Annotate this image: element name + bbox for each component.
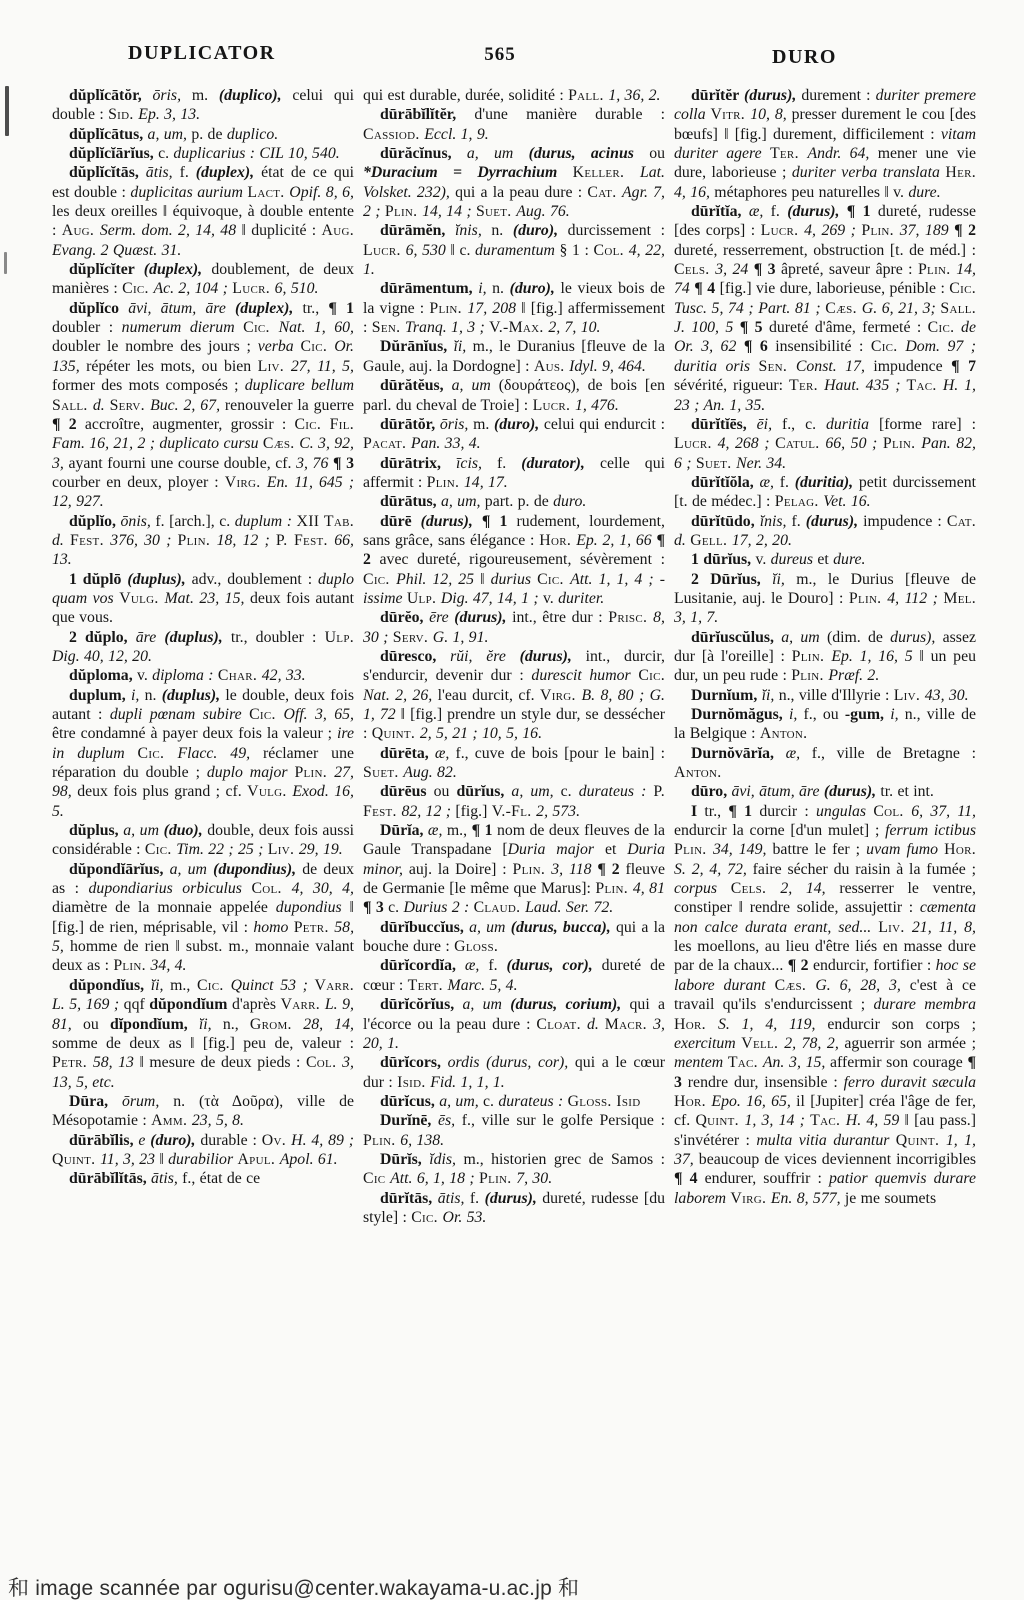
dictionary-entry: dŭplĭcātŏr, ōris, m. (duplico), celui qu… — [52, 86, 354, 125]
dictionary-entry: dŭplĭcĭtās, ātis, f. (duplex), état de c… — [52, 163, 354, 260]
dictionary-entry: dūrēus ou dūrĭus, a, um, c. durateus : P… — [363, 782, 665, 821]
dictionary-entry: dūrĭcors, ordis (durus, cor), qui a le c… — [363, 1053, 665, 1092]
dictionary-entry: dūrāmentum, i, n. (duro), le vieux bois … — [363, 279, 665, 337]
dictionary-entry: Durĭnē, ēs, f., ville sur le golfe Persi… — [363, 1111, 665, 1150]
dictionary-entry: 1 dŭplō (duplus), adv., doublement : dup… — [52, 570, 354, 628]
dictionary-entry: dūrĭtĭēs, ēi, f., c. duritia [forme rare… — [674, 415, 976, 473]
dictionary-entry: dūrătĕus, a, um (δουράτεος), de bois [en… — [363, 376, 665, 415]
dictionary-entry: dūrĭtĭŏla, æ, f. (duritia), petit durcis… — [674, 473, 976, 512]
dictionary-entry: dūrĭtĭa, æ, f. (durus), ¶ 1 dureté, rude… — [674, 202, 976, 415]
dictionary-entry: dūrē (durus), ¶ 1 rudement, lourdement, … — [363, 512, 665, 609]
dictionary-entry: dūrābĭlis, e (duro), durable : Ov. H. 4,… — [52, 1131, 354, 1170]
dictionary-entry: dūrĭcordĭa, æ, f. (durus, cor), dureté d… — [363, 956, 665, 995]
dictionary-entry: dūrĭbuccĭus, a, um (durus, bucca), qui a… — [363, 918, 665, 957]
column-3: dūrĭtĕr (durus), durement : duriter prem… — [674, 86, 976, 1538]
dictionary-entry: dūrĭtās, ātis, f. (durus), dureté, rudes… — [363, 1189, 665, 1228]
dictionary-entry: dūresco, rŭi, ĕre (durus), int., durcir,… — [363, 647, 665, 744]
dictionary-page: DUPLICATOR 565 DURO dŭplĭcātŏr, ōris, m.… — [0, 0, 1024, 1600]
dictionary-entry: dŭplĭcātus, a, um, p. de duplico. — [52, 125, 354, 144]
dictionary-entry: Dŭrānĭus, ĭi, m., le Duranius [fleuve de… — [363, 337, 665, 376]
dictionary-entry: 1 dūrĭus, v. dureus et dure. — [674, 550, 976, 569]
dictionary-entry: dūrātrix, īcis, f. (durator), celle qui … — [363, 454, 665, 493]
dictionary-entry: 2 dŭplo, āre (duplus), tr., doubler : Ul… — [52, 628, 354, 667]
dictionary-entry: dūrĭtūdo, ĭnis, f. (durus), impudence : … — [674, 512, 976, 551]
dictionary-entry: dūrĕo, ēre (durus), int., être dur : Pri… — [363, 608, 665, 647]
dictionary-entry: 2 Dūrĭus, ĭi, m., le Durius [fleuve de L… — [674, 570, 976, 628]
running-head-right: DURO — [772, 46, 837, 69]
running-head-left: DUPLICATOR — [128, 42, 276, 65]
dictionary-entry: dūrĭcus, a, um, c. durateus : Gloss. Isi… — [363, 1092, 665, 1111]
dictionary-entry: duplum, i, n. (duplus), le double, deux … — [52, 686, 354, 821]
dictionary-entry: dŭplĭcĭter (duplex), doublement, de deux… — [52, 260, 354, 299]
text-columns: dŭplĭcātŏr, ōris, m. (duplico), celui qu… — [52, 86, 976, 1538]
scan-credit: 和 image scannée par ogurisu@center.wakay… — [8, 1572, 579, 1600]
dictionary-entry: dūrĭcŏrĭus, a, um (durus, corium), qui a… — [363, 995, 665, 1053]
dictionary-entry: dūrātŏr, ōris, m. (duro), celui qui endu… — [363, 415, 665, 454]
dictionary-entry: dŭplĭo, ōnis, f. [arch.], c. duplum : XI… — [52, 512, 354, 570]
dictionary-entry: dŭplus, a, um (duo), double, deux fois a… — [52, 821, 354, 860]
dictionary-entry: dūro, āvi, ātum, āre (durus), tr. et int… — [674, 782, 976, 801]
dictionary-entry: dūrābĭlĭtĕr, d'une manière durable : Cas… — [363, 105, 665, 144]
scan-artifact — [4, 252, 7, 274]
dictionary-entry: dūrātus, a, um, part. p. de duro. — [363, 492, 665, 511]
dictionary-entry: qui est durable, durée, solidité : Pall.… — [363, 86, 665, 105]
dictionary-entry: Dūrĭs, ĭdis, m., historien grec de Samos… — [363, 1150, 665, 1189]
dictionary-entry: dŭpondĭus, ĭi, m., Cic. Quinct 53 ; Varr… — [52, 976, 354, 1092]
dictionary-entry: dūrābĭlĭtās, ātis, f., état de ce — [52, 1169, 354, 1188]
dictionary-entry: dūrĭtĕr (durus), durement : duriter prem… — [674, 86, 976, 202]
dictionary-entry: dŭplĭco āvi, ātum, āre (duplex), tr., ¶ … — [52, 299, 354, 512]
dictionary-entry: Durnŏvārĭa, æ, f., ville de Bretagne : A… — [674, 744, 976, 783]
dictionary-entry: Dūra, ōrum, n. (τὰ Δοῦρα), ville de Méso… — [52, 1092, 354, 1131]
dictionary-entry: Dūrĭa, æ, m., ¶ 1 nom de deux fleuves de… — [363, 821, 665, 918]
dictionary-entry: dŭpondĭārĭus, a, um (dupondius), de deux… — [52, 860, 354, 976]
scan-artifact — [5, 86, 9, 136]
dictionary-entry: dŭploma, v. diploma : Char. 42, 33. — [52, 666, 354, 685]
dictionary-entry: Durnĭum, ĭi, n., ville d'Illyrie : Liv. … — [674, 686, 976, 705]
running-head: DUPLICATOR 565 DURO — [0, 42, 1024, 70]
column-1: dŭplĭcātŏr, ōris, m. (duplico), celui qu… — [52, 86, 354, 1538]
column-2: qui est durable, durée, solidité : Pall.… — [363, 86, 665, 1538]
dictionary-entry: dūrēta, æ, f., cuve de bois [pour le bai… — [363, 744, 665, 783]
dictionary-entry: dŭplĭcĭārĭus, c. duplicarius : CIL 10, 5… — [52, 144, 354, 163]
dictionary-entry: Durnŏmăgus, i, f., ou -gum, i, n., ville… — [674, 705, 976, 744]
page-number: 565 — [460, 44, 540, 66]
dictionary-entry: I tr., ¶ 1 durcir : ungulas Col. 6, 37, … — [674, 802, 976, 1208]
dictionary-entry: dūrāmĕn, ĭnis, n. (duro), durcissement :… — [363, 221, 665, 279]
dictionary-entry: dūrăcĭnus, a, um (durus, acinus ou *Dura… — [363, 144, 665, 221]
dictionary-entry: dūrĭuscŭlus, a, um (dim. de durus), asse… — [674, 628, 976, 686]
